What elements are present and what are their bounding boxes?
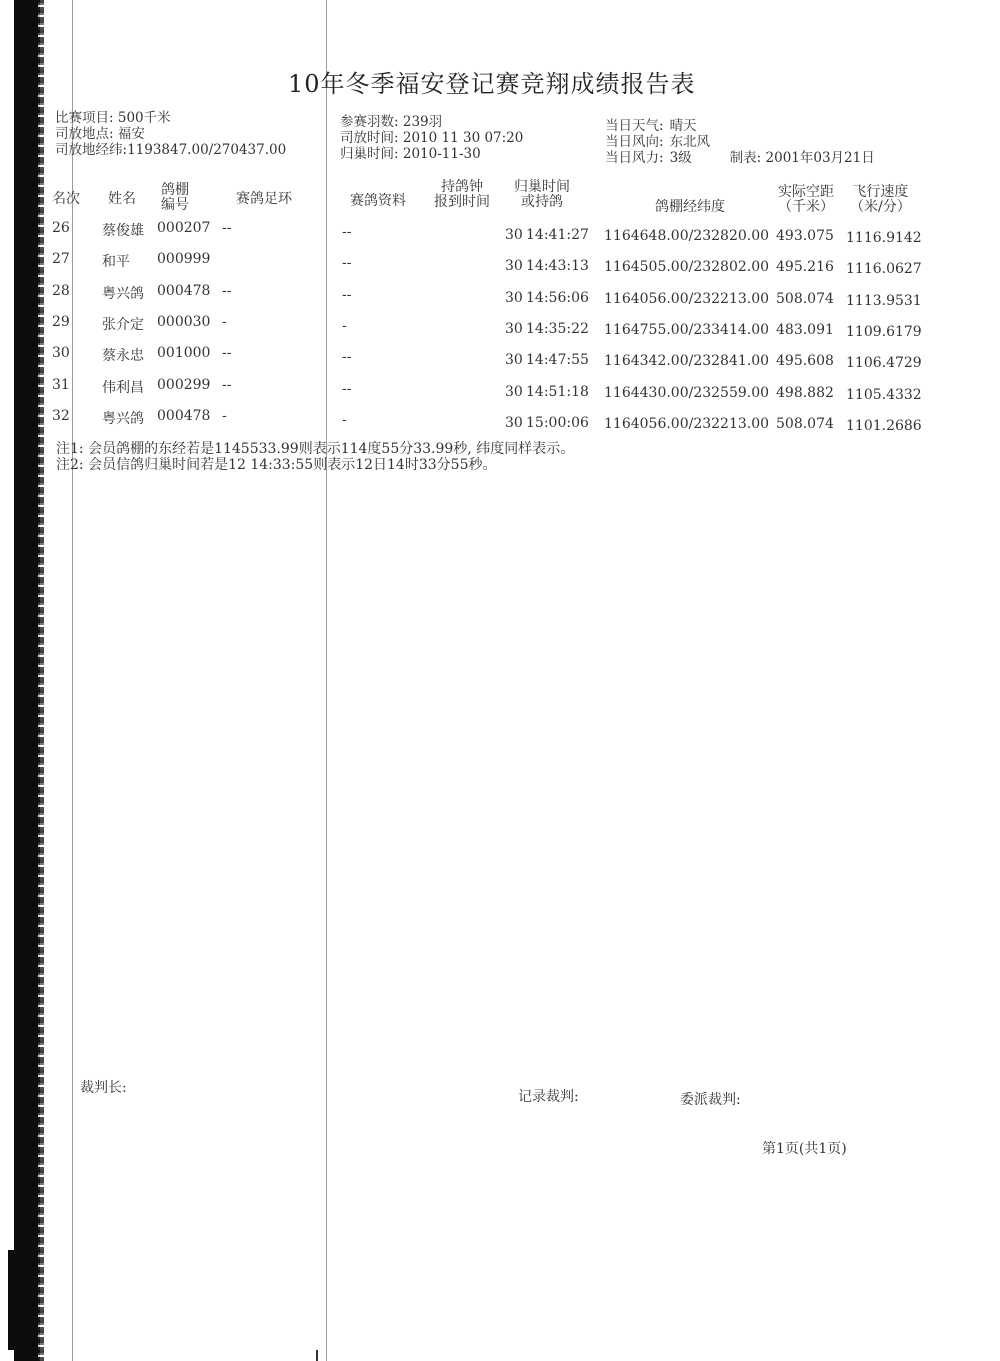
chief-judge-signature: 裁判长: <box>80 1077 127 1097</box>
fold-line <box>326 0 327 1361</box>
cell-speed: 1116.0627 <box>846 261 922 277</box>
cell-pigeon-info: - <box>342 318 347 334</box>
cell-name: 粤兴鸽 <box>102 408 144 428</box>
cell-ring: - <box>222 408 227 424</box>
cell-coords: 1164342.00/232841.00 <box>604 353 769 369</box>
cell-rank: 30 <box>52 345 70 361</box>
cell-speed: 1113.9531 <box>846 293 922 309</box>
header-rank: 名次 <box>52 192 80 207</box>
cell-ring: -- <box>222 220 231 236</box>
info-block-middle: 参赛羽数: 239羽 司放时间: 2010 11 30 07:20 归巢时间: … <box>340 114 523 162</box>
notes: 注1: 会员鸽棚的东经若是1145533.99则表示114度55分33.99秒,… <box>56 441 574 473</box>
info-weather: 当日天气:晴天 <box>605 118 875 134</box>
info-block-right: 当日天气:晴天 当日风向:东北风 当日风力:3级制表: 2001年03月21日 <box>605 118 875 166</box>
info-release-coords: 司放地经纬:1193847.00/270437.00 <box>55 142 286 158</box>
cell-day: 30 <box>505 384 523 400</box>
cell-rank: 28 <box>52 283 70 299</box>
recording-judge-signature: 记录裁判: <box>518 1086 579 1106</box>
cell-name: 蔡永忠 <box>102 345 144 365</box>
cell-speed: 1109.6179 <box>846 324 922 340</box>
cell-day: 30 <box>505 321 523 337</box>
cell-pigeon-info: -- <box>342 224 351 240</box>
scan-border-bottom <box>8 1250 30 1350</box>
cell-loft-id: 001000 <box>157 345 210 361</box>
header-return-time: 归巢时间 或持鸽 <box>514 180 570 210</box>
cell-coords: 1164755.00/233414.00 <box>604 322 769 338</box>
note-1: 注1: 会员鸽棚的东经若是1145533.99则表示114度55分33.99秒,… <box>56 441 574 457</box>
cell-rank: 32 <box>52 408 70 424</box>
cell-time: 14:47:55 <box>526 352 589 368</box>
cell-loft-id: 000299 <box>157 377 210 393</box>
cell-coords: 1164430.00/232559.00 <box>604 385 769 401</box>
cell-pigeon-info: - <box>342 412 347 428</box>
cell-speed: 1105.4332 <box>846 387 922 403</box>
page-indicator: 第1页(共1页) <box>762 1138 847 1158</box>
cell-ring: -- <box>222 377 231 393</box>
header-name: 姓名 <box>108 192 136 207</box>
cell-pigeon-info: -- <box>342 287 351 303</box>
cell-distance: 508.074 <box>776 291 834 307</box>
maker-label: 制表: <box>730 150 762 166</box>
cell-name: 张介定 <box>102 314 144 334</box>
cell-loft-id: 000030 <box>157 314 210 330</box>
cell-name: 粤兴鸽 <box>102 283 144 303</box>
cell-pigeon-info: -- <box>342 349 351 365</box>
scan-border <box>14 0 40 1361</box>
cell-coords: 1164056.00/232213.00 <box>604 291 769 307</box>
cell-loft-id: 000478 <box>157 408 210 424</box>
cell-pigeon-info: -- <box>342 255 351 271</box>
cell-rank: 31 <box>52 377 70 393</box>
header-loft-id: 鸽棚 编号 <box>161 183 189 213</box>
header-clock-time: 持鸽钟 报到时间 <box>434 180 490 210</box>
header-pigeon-info: 赛鸽资料 <box>350 194 406 209</box>
assigned-judge-signature: 委派裁判: <box>680 1089 741 1109</box>
cell-time: 15:00:06 <box>526 415 589 431</box>
scan-mark <box>316 1350 318 1361</box>
info-race-item: 比赛项目: 500千米 <box>55 110 286 126</box>
info-wind-direction: 当日风向:东北风 <box>605 134 875 150</box>
cell-time: 14:43:13 <box>526 258 589 274</box>
info-block-left: 比赛项目: 500千米 司放地点: 福安 司放地经纬:1193847.00/27… <box>55 110 286 158</box>
cell-time: 14:35:22 <box>526 321 589 337</box>
cell-time: 14:41:27 <box>526 227 589 243</box>
note-2: 注2: 会员信鸽归巢时间若是12 14:33:55则表示12日14时33分55秒… <box>56 457 574 473</box>
cell-day: 30 <box>505 352 523 368</box>
cell-name: 伟利昌 <box>102 377 144 397</box>
cell-loft-id: 000478 <box>157 283 210 299</box>
cell-loft-id: 000207 <box>157 220 210 236</box>
cell-distance: 493.075 <box>776 228 834 244</box>
cell-ring: -- <box>222 283 231 299</box>
info-release-place: 司放地点: 福安 <box>55 126 286 142</box>
cell-time: 14:51:18 <box>526 384 589 400</box>
cell-distance: 495.216 <box>776 259 834 275</box>
cell-coords: 1164056.00/232213.00 <box>604 416 769 432</box>
document-title: 10年冬季福安登记赛竞翔成绩报告表 <box>288 64 696 99</box>
cell-day: 30 <box>505 290 523 306</box>
cell-day: 30 <box>505 415 523 431</box>
cell-coords: 1164648.00/232820.00 <box>604 228 769 244</box>
cell-distance: 495.608 <box>776 353 834 369</box>
cell-rank: 27 <box>52 251 70 267</box>
cell-ring: -- <box>222 345 231 361</box>
cell-speed: 1101.2686 <box>846 418 922 434</box>
cell-rank: 29 <box>52 314 70 330</box>
cell-name: 蔡俊雄 <box>102 220 144 240</box>
header-distance: 实际空距 （千米） <box>778 185 834 215</box>
cell-distance: 498.882 <box>776 385 834 401</box>
cell-time: 14:56:06 <box>526 290 589 306</box>
info-return-date: 归巢时间: 2010-11-30 <box>340 146 523 162</box>
cell-name: 和平 <box>102 251 130 271</box>
info-entries: 参赛羽数: 239羽 <box>340 114 523 130</box>
header-loft-coords: 鸽棚经纬度 <box>655 200 725 215</box>
cell-ring: - <box>222 314 227 330</box>
cell-day: 30 <box>505 258 523 274</box>
cell-loft-id: 000999 <box>157 251 210 267</box>
cell-speed: 1116.9142 <box>846 230 922 246</box>
cell-pigeon-info: -- <box>342 381 351 397</box>
cell-coords: 1164505.00/232802.00 <box>604 259 769 275</box>
info-release-time: 司放时间: 2010 11 30 07:20 <box>340 130 523 146</box>
header-ring: 赛鸽足环 <box>236 192 292 207</box>
cell-distance: 508.074 <box>776 416 834 432</box>
cell-day: 30 <box>505 227 523 243</box>
header-speed: 飞行速度 （米/分） <box>850 185 911 215</box>
cell-distance: 483.091 <box>776 322 834 338</box>
maker-date: 2001年03月21日 <box>766 150 875 166</box>
cell-speed: 1106.4729 <box>846 355 922 371</box>
cell-rank: 26 <box>52 220 70 236</box>
info-wind-force: 当日风力:3级制表: 2001年03月21日 <box>605 150 875 166</box>
